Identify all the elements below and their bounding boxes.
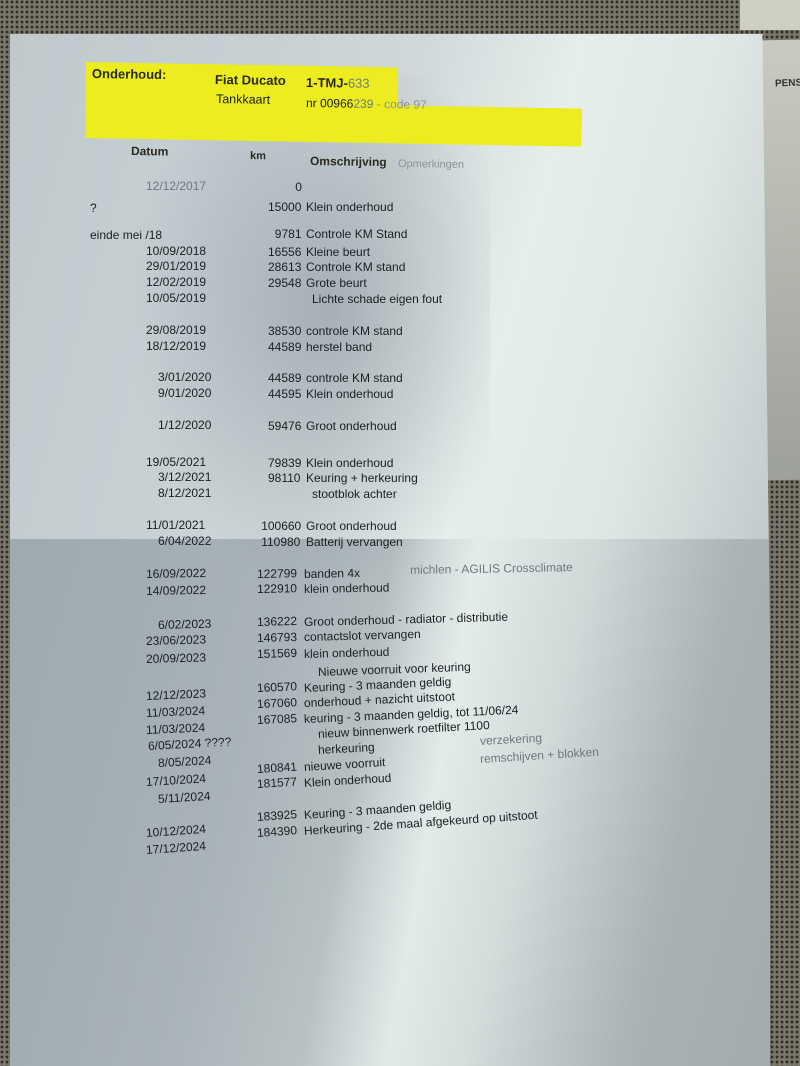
row-description: Groot onderhoud [306, 419, 397, 433]
row-description: klein onderhoud [304, 644, 390, 660]
row-description: controle KM stand [306, 371, 403, 385]
row-prefix: einde mei /18 [90, 228, 162, 242]
row-date: 3/01/2020 [158, 370, 211, 384]
column-header-date: Datum [131, 144, 169, 159]
row-km: 110980 [261, 535, 300, 549]
card-number-prefix: nr 00966 [306, 96, 354, 111]
vehicle-model: Fiat Ducato [215, 72, 286, 88]
row-description: Kleine beurt [306, 245, 370, 259]
row-date: 11/03/2024 [146, 720, 206, 737]
row-description: klein onderhoud [304, 581, 390, 596]
row-km: 160570 [257, 680, 298, 696]
maintenance-sheet [10, 34, 770, 1066]
row-date: 14/09/2022 [146, 583, 206, 598]
row-km: 100660 [261, 519, 301, 533]
row-km: 167085 [257, 711, 298, 727]
row-km: 122910 [257, 582, 297, 597]
row-description: Keuring + herkeuring [306, 471, 418, 485]
row-km: 184390 [257, 823, 298, 840]
row-km: 44589 [268, 371, 301, 385]
plate-prefix: 1-TMJ- [306, 75, 348, 91]
row-km: 59476 [268, 419, 301, 433]
row-km: 167060 [257, 695, 298, 711]
row-description: herstel band [306, 340, 372, 354]
row-date: 23/06/2023 [146, 633, 206, 649]
row-km: 44589 [268, 340, 301, 354]
card-code: - code 97 [377, 97, 427, 112]
background-tag [740, 0, 800, 30]
row-date: 10/09/2018 [146, 244, 206, 258]
row-description: Groot onderhoud [306, 519, 397, 533]
license-plate: 1-TMJ-633 [306, 75, 370, 91]
row-description: banden 4x [304, 566, 360, 581]
column-header-km: km [250, 150, 266, 162]
row-km: 183925 [257, 807, 298, 824]
row-km: 9781 [275, 227, 302, 241]
row-km: 180841 [257, 759, 298, 775]
row-km: 29548 [268, 276, 301, 290]
row-km: 146793 [257, 630, 297, 645]
row-km: 151569 [257, 646, 297, 661]
row-description: stootblok achter [312, 487, 397, 501]
row-km: 79839 [268, 456, 301, 470]
row-date: 12/12/2017 [146, 179, 206, 193]
row-description: Klein onderhoud [306, 200, 393, 214]
row-date: 11/01/2021 [146, 518, 205, 532]
fuel-card-label: Tankkaart [216, 92, 270, 107]
row-description: herkeuring [318, 740, 375, 757]
plate-suffix: 633 [348, 76, 370, 91]
row-description: Klein onderhoud [306, 456, 393, 470]
fuel-card-number: nr 00966239 - code 97 [306, 96, 427, 112]
row-km: 15000 [268, 200, 301, 214]
row-date: 10/05/2019 [146, 291, 206, 305]
row-remark: michlen - AGILIS Crossclimate [410, 560, 573, 577]
row-date: 12/02/2019 [146, 275, 206, 289]
row-description: controle KM stand [306, 324, 403, 338]
row-km: 0 [295, 180, 302, 194]
row-description: Grote beurt [306, 276, 367, 290]
row-date: 12/12/2023 [146, 686, 207, 703]
row-date: 3/12/2021 [158, 470, 211, 484]
row-prefix: ? [90, 201, 97, 215]
row-km: 181577 [257, 775, 298, 791]
row-km: 136222 [257, 614, 297, 629]
row-description: Controle KM stand [306, 260, 405, 274]
doc-title: Onderhoud: [92, 66, 167, 82]
row-date: 9/01/2020 [158, 386, 211, 400]
row-km: 28613 [268, 260, 301, 274]
row-date: 11/03/2024 [146, 703, 206, 720]
row-date: 1/12/2020 [158, 418, 211, 432]
row-km: 98110 [268, 471, 300, 485]
row-date: 8/12/2021 [158, 486, 211, 500]
row-description: Lichte schade eigen fout [312, 292, 442, 306]
row-date: 20/09/2023 [146, 651, 206, 667]
row-description: Batterij vervangen [306, 535, 403, 549]
row-date: 29/01/2019 [146, 259, 206, 273]
column-header-remarks: Opmerkingen [398, 158, 464, 171]
row-km: 38530 [268, 324, 301, 338]
row-date: 18/12/2019 [146, 339, 206, 353]
column-header-description: Omschrijving [310, 154, 387, 169]
row-km: 122799 [257, 566, 297, 581]
row-km: 16556 [268, 245, 301, 259]
row-description: Controle KM Stand [306, 227, 407, 241]
row-date: 16/09/2022 [146, 566, 206, 581]
row-date: 6/04/2022 [158, 534, 211, 548]
row-date: 6/02/2023 [158, 616, 212, 631]
row-description: Klein onderhoud [306, 387, 393, 401]
row-km: 44595 [268, 387, 301, 401]
row-date: 29/08/2019 [146, 323, 206, 337]
row-date: 19/05/2021 [146, 455, 206, 469]
card-number-suffix: 239 [353, 97, 373, 111]
background-card-text: PENS [775, 78, 800, 90]
